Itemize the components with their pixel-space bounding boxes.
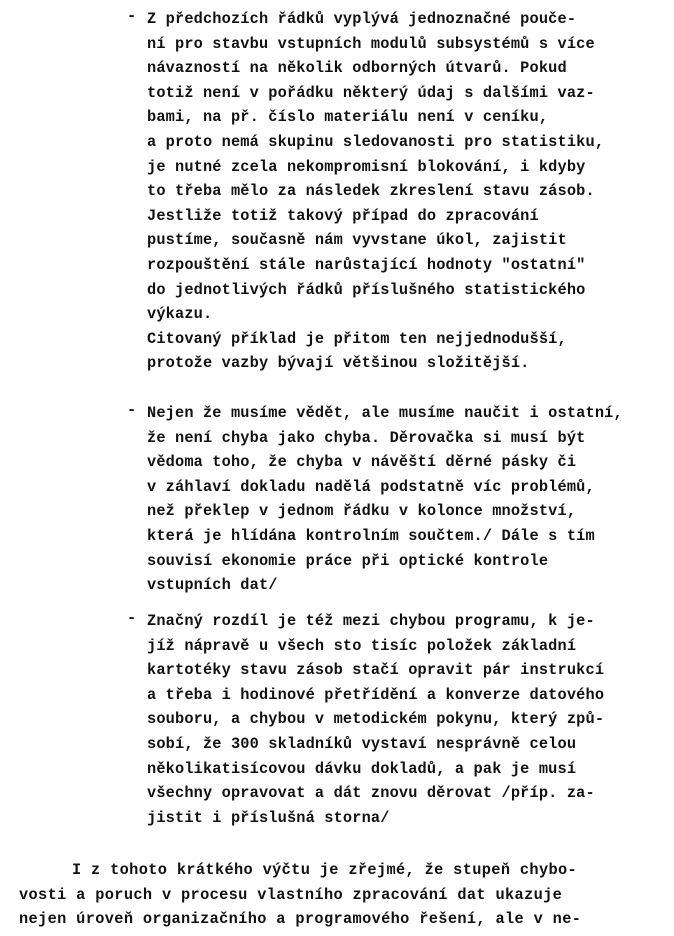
text-line: že není chyba jako chyba. Děrovačka si m… bbox=[147, 426, 623, 451]
text-line: jíž nápravě u všech sto tisíc položek zá… bbox=[147, 634, 604, 659]
text-line: bami, na př. číslo materiálu není v cení… bbox=[147, 105, 604, 130]
list-item-text: Značný rozdíl je též mezi chybou program… bbox=[147, 609, 604, 830]
text-line: souvisí ekonomie práce při optické kontr… bbox=[147, 549, 623, 574]
text-line: všechny opravovat a dát znovu děrovat /p… bbox=[147, 781, 604, 806]
text-line: Citovaný příklad je přitom ten nejjednod… bbox=[147, 327, 604, 352]
text-line: kartotéky stavu zásob stačí opravit pár … bbox=[147, 658, 604, 683]
text-line: sobí, že 300 skladníků vystaví nesprávně… bbox=[147, 732, 604, 757]
text-line: je nutné zcela nekompromisní blokování, … bbox=[147, 155, 604, 180]
text-line: ní pro stavbu vstupních modulů subsystém… bbox=[147, 32, 604, 57]
scanned-document-page: - Z předchozích řádků vyplývá jednoznačn… bbox=[0, 0, 674, 936]
text-line: Značný rozdíl je též mezi chybou program… bbox=[147, 609, 604, 634]
text-line: a třeba i hodinové přetřídění a konverze… bbox=[147, 683, 604, 708]
text-line: Nejen že musíme vědět, ale musíme naučit… bbox=[147, 401, 623, 426]
text-line: než překlep v jednom řádku v kolonce mno… bbox=[147, 499, 623, 524]
text-line: výkazu. bbox=[147, 302, 604, 327]
text-line: v záhlaví dokladu nadělá podstatně víc p… bbox=[147, 475, 623, 500]
text-line: jistit i příslušná storna/ bbox=[147, 806, 604, 831]
text-line: která je hlídána kontrolním součtem./ Dá… bbox=[147, 524, 623, 549]
text-line: několikatisícovou dávku dokladů, a pak j… bbox=[147, 757, 604, 782]
text-line: do jednotlivých řádků příslušného statis… bbox=[147, 278, 604, 303]
dash-bullet: - bbox=[127, 7, 141, 25]
text-line: a proto nemá skupinu sledovanosti pro st… bbox=[147, 130, 604, 155]
text-line: vosti a poruch v procesu vlastního zprac… bbox=[19, 883, 674, 908]
text-line: souboru, a chybou v metodickém pokynu, k… bbox=[147, 707, 604, 732]
text-line: to třeba mělo za následek zkreslení stav… bbox=[147, 179, 604, 204]
dash-bullet: - bbox=[127, 609, 141, 627]
text-line: pustíme, současně nám vyvstane úkol, zaj… bbox=[147, 228, 604, 253]
body-paragraph: I z tohoto krátkého výčtu je zřejmé, že … bbox=[19, 858, 674, 932]
text-line: návazností na několik odborných útvarů. … bbox=[147, 56, 604, 81]
list-item-text: Z předchozích řádků vyplývá jednoznačné … bbox=[147, 7, 604, 376]
text-line: Jestliže totiž takový případ do zpracová… bbox=[147, 204, 604, 229]
text-line: vědoma toho, že chyba v návěští děrné pá… bbox=[147, 450, 623, 475]
text-line: protože vazby bývají většinou složitější… bbox=[147, 351, 604, 376]
text-line: rozpouštění stále narůstající hodnoty "o… bbox=[147, 253, 604, 278]
dash-bullet: - bbox=[127, 401, 141, 419]
text-line: totiž není v pořádku některý údaj s dalš… bbox=[147, 81, 604, 106]
list-item-text: Nejen že musíme vědět, ale musíme naučit… bbox=[147, 401, 623, 598]
text-line: vstupních dat/ bbox=[147, 573, 623, 598]
text-line: I z tohoto krátkého výčtu je zřejmé, že … bbox=[19, 858, 674, 883]
text-line: nejen úroveň organizačního a programovéh… bbox=[19, 907, 674, 932]
text-line: Z předchozích řádků vyplývá jednoznačné … bbox=[147, 7, 604, 32]
